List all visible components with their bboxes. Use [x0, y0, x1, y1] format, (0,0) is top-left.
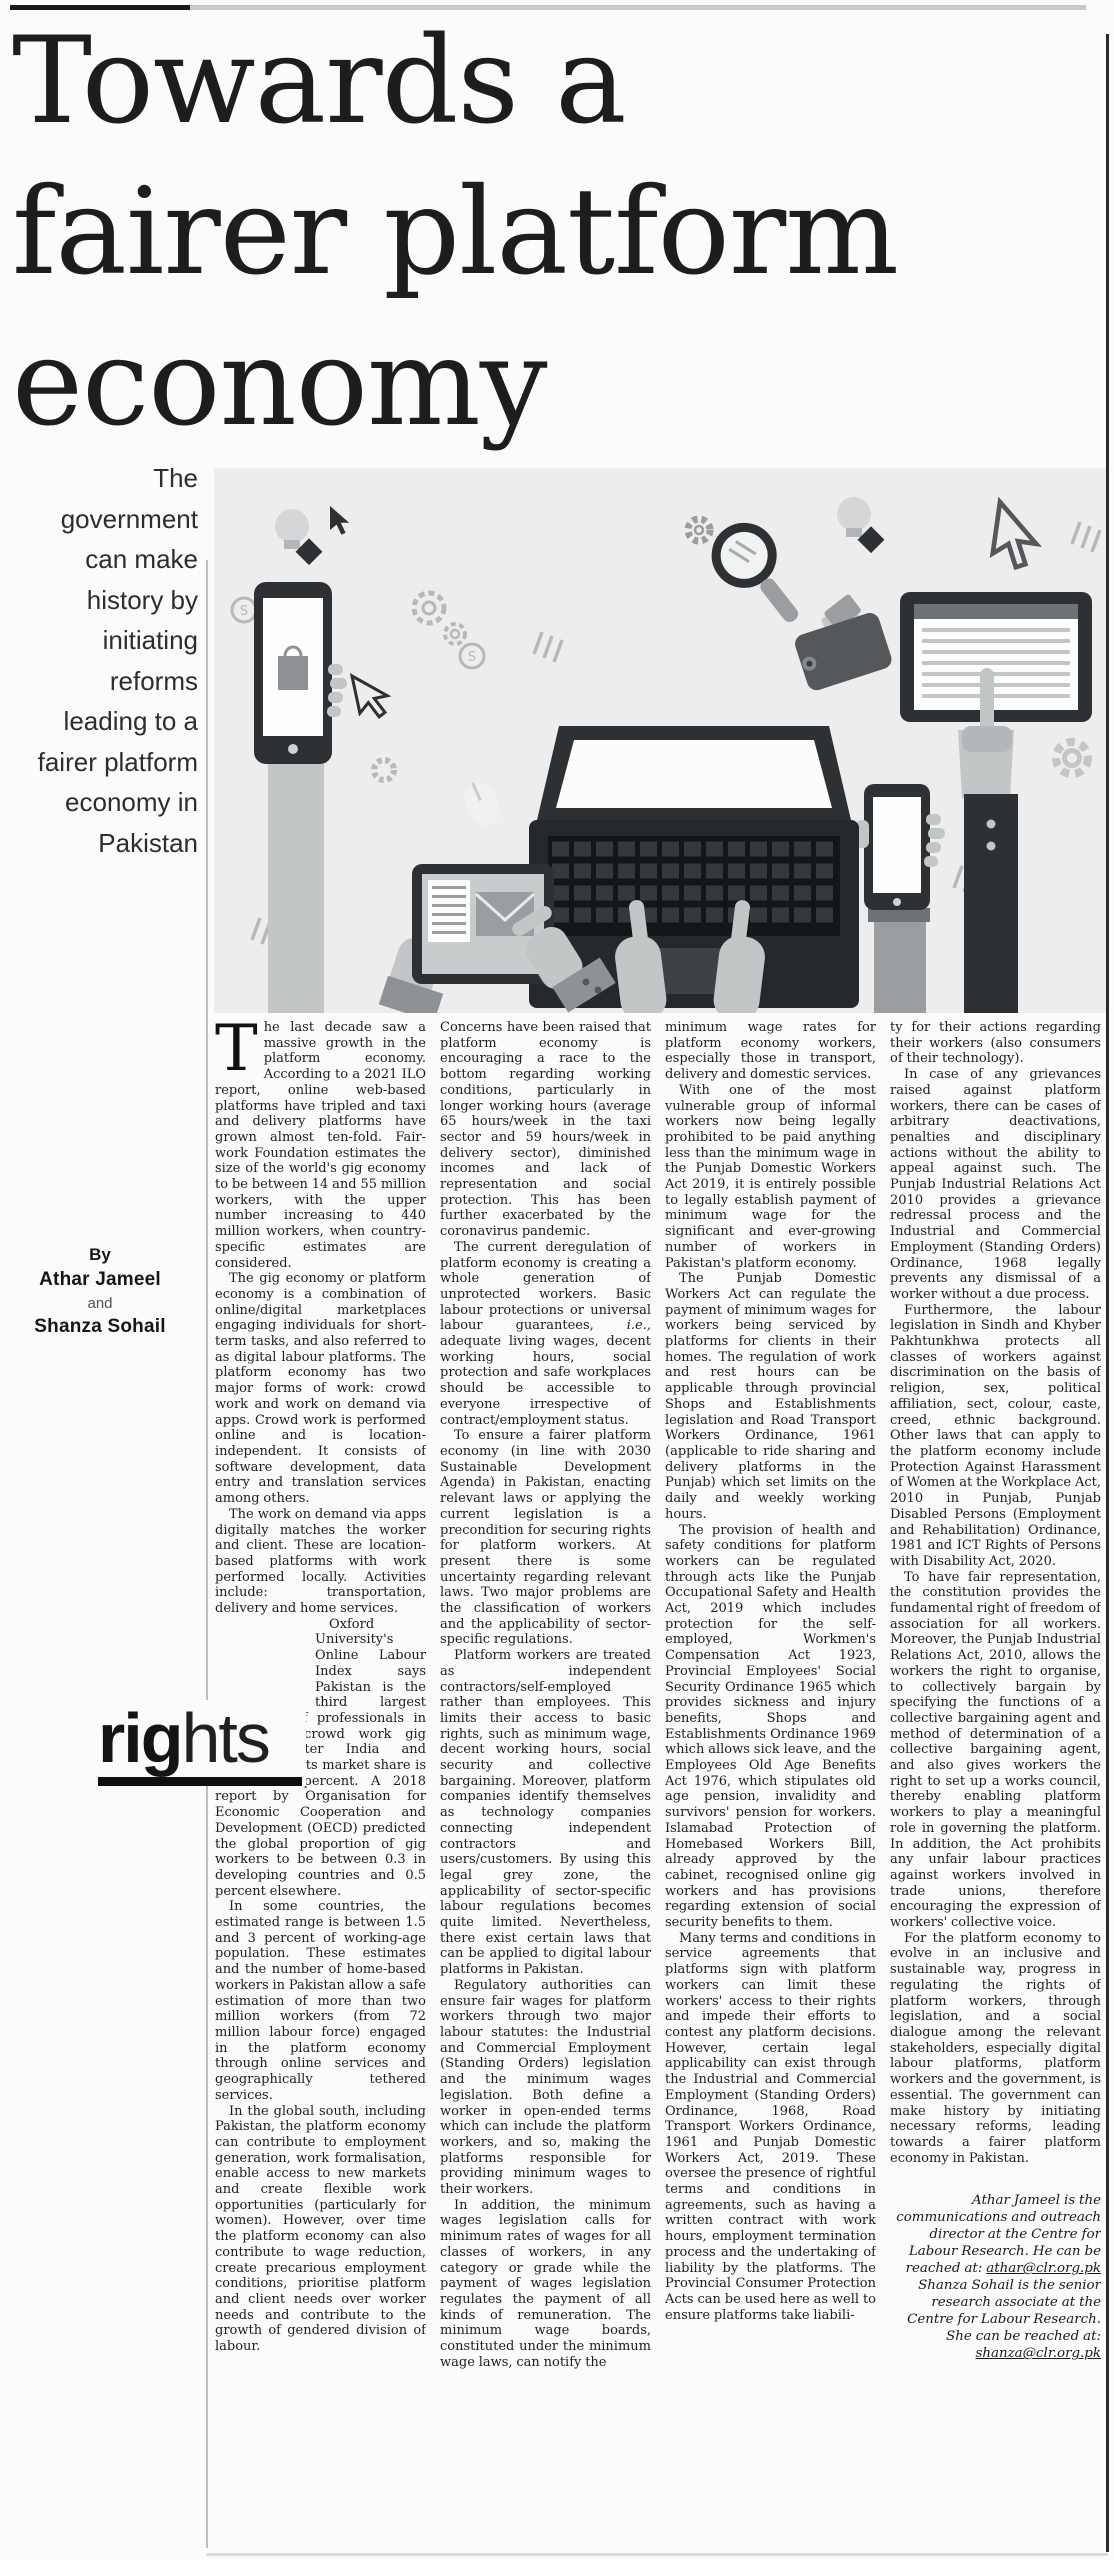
pull-quote-line: leading to a — [0, 701, 198, 742]
svg-text:S: S — [468, 650, 476, 665]
byline-conjunction: and — [0, 1293, 200, 1314]
paragraph: To ensure a fairer platform economy (in … — [440, 1428, 651, 1648]
section-logo-text: rights — [98, 1702, 302, 1774]
body-column-1: The last decade saw a massive growth in … — [215, 1020, 426, 2554]
paragraph-text: adequate living wages, decent working ho… — [440, 1334, 651, 1428]
section-logo-light-part: hts — [181, 1699, 268, 1777]
pull-quote-line: Pakistan — [0, 823, 198, 864]
pull-quote-line: can make — [0, 539, 198, 580]
column-divider-rule — [206, 560, 208, 2548]
newspaper-page: Towards a fairer platform economy The go… — [0, 0, 1114, 2560]
section-logo-bold-part: rig — [98, 1699, 181, 1777]
paragraph-text: The current deregulation of platform eco… — [440, 1240, 651, 1334]
paragraph: Many terms and conditions in service agr… — [665, 1931, 876, 2324]
gig-economy-illustration: S S S — [214, 468, 1106, 1013]
paragraph: ty for their actions regarding their wor… — [890, 1020, 1101, 1067]
paragraph: In some countries, the estimated range i… — [215, 1899, 426, 2103]
paragraph: minimum wage rates for platform economy … — [665, 1020, 876, 1083]
pull-quote: The government can make history by initi… — [0, 458, 198, 863]
logo-wrap-spacer — [215, 1617, 315, 1699]
body-column-3: minimum wage rates for platform economy … — [665, 1020, 876, 2554]
pull-quote-line: history by — [0, 580, 198, 621]
paragraph: For the platform economy to evolve in an… — [890, 1931, 1101, 2167]
tablet-document-icon — [900, 592, 1092, 722]
email-link[interactable]: athar@clr.org.pk — [986, 2261, 1101, 2276]
paragraph: In case of any grievances raised against… — [890, 1067, 1101, 1303]
paragraph: The gig economy or platform economy is a… — [215, 1271, 426, 1507]
paragraph: The current deregulation of platform eco… — [440, 1240, 651, 1428]
bio-text: Shanza Sohail is the senior research ass… — [907, 2278, 1101, 2344]
section-logo-rights: rights — [94, 1700, 306, 1786]
page-edge-rule — [1106, 34, 1109, 2552]
pull-quote-line: government — [0, 499, 198, 540]
bio-paragraph: Shanza Sohail is the senior research ass… — [890, 2277, 1101, 2362]
headline-line: Towards a — [12, 6, 1102, 157]
byline-author-1: Athar Jameel — [0, 1267, 200, 1293]
pull-quote-line: reforms — [0, 661, 198, 702]
byline-author-2: Shanza Sohail — [0, 1314, 200, 1340]
pull-quote-line: fairer platform — [0, 742, 198, 783]
paragraph: With one of the most vulnerable group of… — [665, 1083, 876, 1271]
body-column-2: Concerns have been raised that platform … — [440, 1020, 651, 2554]
paragraph: To have fair representation, the constit… — [890, 1570, 1101, 1931]
paragraph: The last decade saw a massive growth in … — [215, 1020, 426, 1271]
paragraph: The provision of health and safety condi… — [665, 1523, 876, 1931]
paragraph: Platform workers are treated as independ… — [440, 1648, 651, 1978]
paragraph: Regulatory authorities can ensure fair w… — [440, 1978, 651, 2198]
body-column-4: ty for their actions regarding their wor… — [890, 1020, 1101, 2554]
pull-quote-line: economy in — [0, 782, 198, 823]
pull-quote-line: The — [0, 458, 198, 499]
paragraph: In addition, the minimum wages legislati… — [440, 2198, 651, 2371]
author-bio: Athar Jameel is the communications and o… — [890, 2192, 1101, 2362]
byline-by-label: By — [0, 1243, 200, 1267]
bio-paragraph: Athar Jameel is the communications and o… — [890, 2192, 1101, 2277]
article-headline: Towards a fairer platform economy — [12, 6, 1102, 459]
section-logo-underline — [98, 1777, 302, 1786]
headline-line: economy — [12, 308, 1102, 459]
byline: By Athar Jameel and Shanza Sohail — [0, 1243, 200, 1340]
paragraph-emphasis: i.e., — [627, 1318, 651, 1333]
paragraph: In the global south, including Pakistan,… — [215, 2104, 426, 2355]
paragraph: Furthermore, the labour legislation in S… — [890, 1303, 1101, 1570]
headline-line: fairer platform — [12, 157, 1102, 308]
email-link[interactable]: shanza@clr.org.pk — [976, 2346, 1101, 2361]
paragraph: The Punjab Domestic Workers Act can regu… — [665, 1271, 876, 1522]
paragraph: Concerns have been raised that platform … — [440, 1020, 651, 1240]
paragraph: The work on demand via apps digitally ma… — [215, 1507, 426, 1617]
pull-quote-line: initiating — [0, 620, 198, 661]
svg-text:S: S — [240, 604, 248, 619]
